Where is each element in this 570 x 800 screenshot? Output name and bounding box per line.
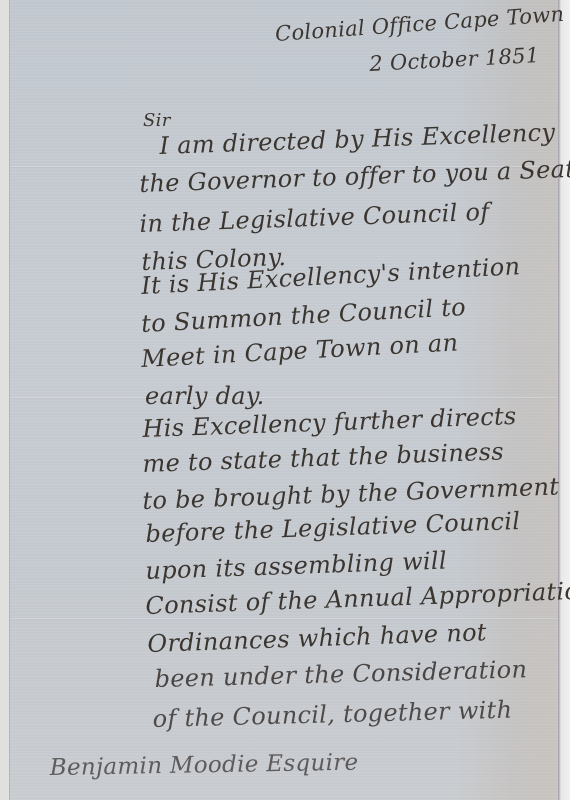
body-line: the Governor to offer to you a Seat (139, 155, 570, 198)
letter-page: Colonial Office Cape Town 2 October 1851… (0, 0, 570, 800)
body-line: Consist of the Annual Appropriation (145, 576, 570, 620)
letter-date: 2 October 1851 (369, 43, 540, 76)
left-paper-edge (0, 0, 10, 800)
body-line: early day. (145, 382, 265, 410)
letter-salutation: Sir (143, 110, 171, 131)
body-line: me to state that the business (142, 437, 504, 478)
body-line: Ordinances which have not (147, 618, 487, 658)
body-line: in the Legislative Council of (139, 198, 490, 238)
body-line: I am directed by His Excellency (159, 118, 556, 160)
body-line: of the Council, together with (152, 696, 512, 733)
letter-addressee: Benjamin Moodie Esquire (50, 750, 359, 781)
letter-place: Colonial Office Cape Town (274, 2, 565, 46)
right-scan-edge (558, 0, 570, 800)
body-line: been under the Consideration (154, 655, 527, 693)
body-line: upon its assembling will (145, 546, 447, 585)
fold-line (10, 397, 558, 399)
body-line: before the Legislative Council (145, 507, 521, 548)
